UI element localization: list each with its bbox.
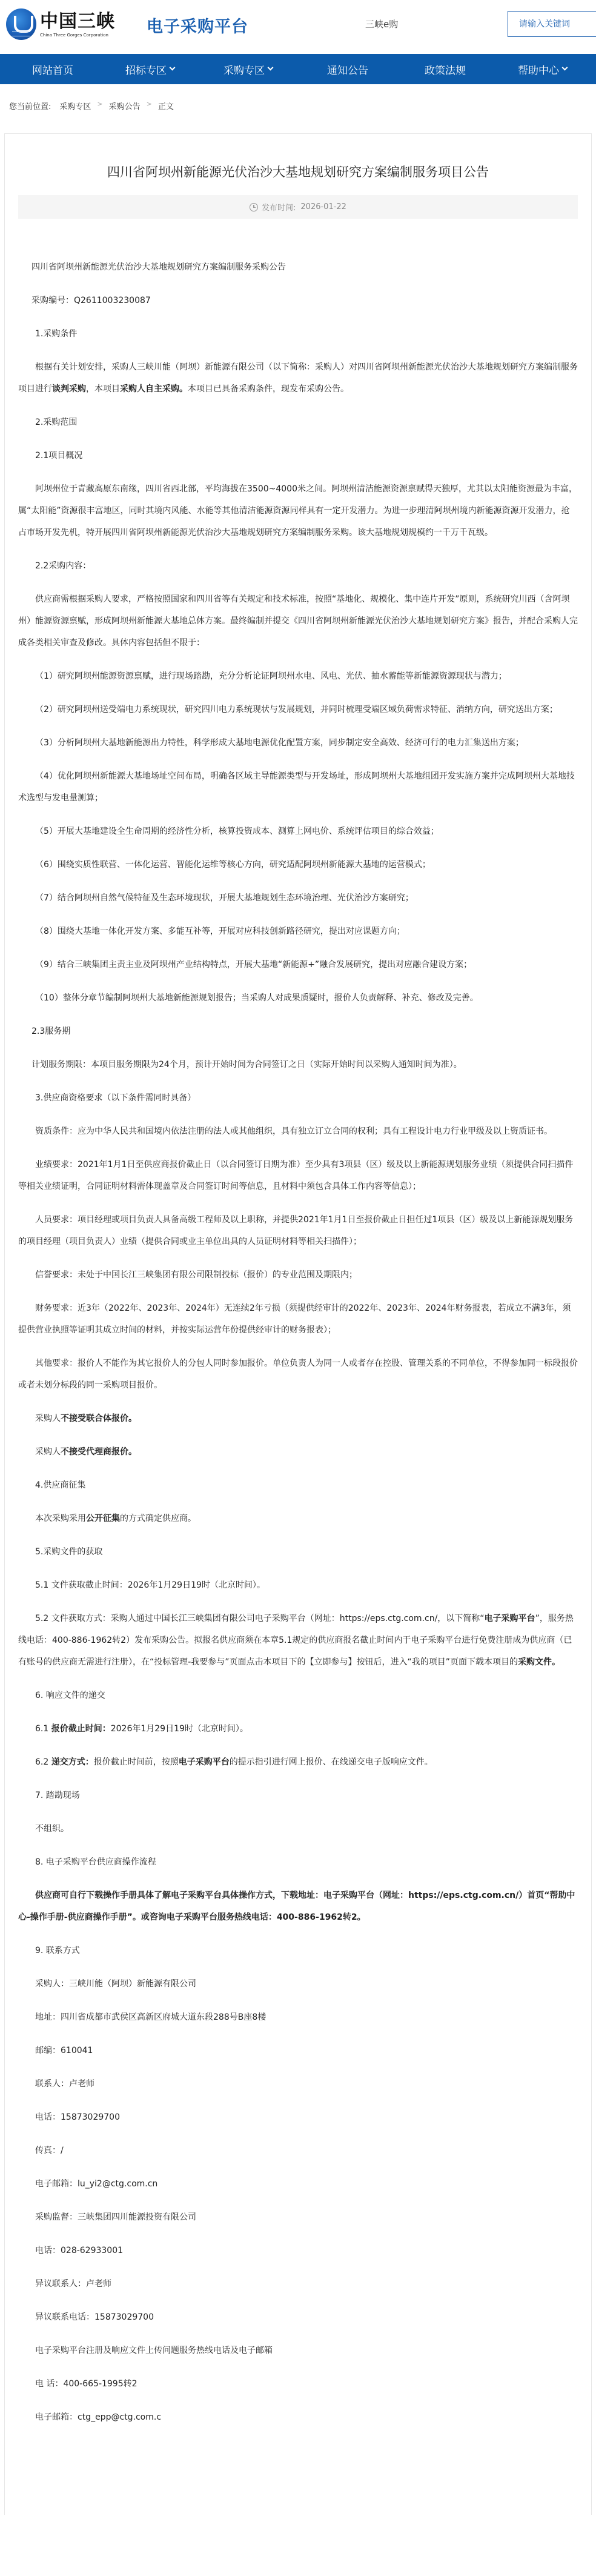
nav-label: 网站首页 [32, 62, 73, 77]
article-container: 四川省阿坝州新能源光伏治沙大基地规划研究方案编制服务项目公告 发布时间: 202… [4, 133, 592, 2515]
supervisor: 采购监督：三峡集团四川能源投资有限公司 [18, 2206, 578, 2228]
paragraph: 供应商需根据采购人要求，严格按照国家和四川省等有关规定和技术标准，按照“基地化、… [18, 588, 578, 654]
paragraph: 6.2 递交方式：报价截止时间前，按照电子采购平台的提示指引进行网上报价、在线递… [18, 1751, 578, 1773]
section-heading: 7. 踏勘现场 [18, 1785, 578, 1806]
breadcrumb-label: 您当前位置: [9, 100, 51, 115]
nav-notices[interactable]: 通知公告 [327, 62, 368, 77]
nav-home[interactable]: 网站首页 [32, 62, 73, 77]
list-item: （3）分析阿坝州大基地新能源出力特性，科学形成大基地电源优化配置方案，同步制定安… [18, 732, 578, 754]
paragraph: 5.1 文件获取截止时间：2026年1月29日19时（北京时间）。 [18, 1574, 578, 1596]
paragraph: 供应商可自行下载操作手册具体了解电子采购平台具体操作方式，下载地址：电子采购平台… [18, 1885, 578, 1928]
paragraph: 5.2 文件获取方式：采购人通过中国长江三峡集团有限公司电子采购平台（网址：ht… [18, 1608, 578, 1673]
search-input[interactable] [508, 11, 596, 37]
section-heading: 2.1项目概况 [18, 445, 578, 467]
contact-phone: 电话：15873029700 [18, 2106, 578, 2128]
list-item: （10）整体分章节编制阿坝州大基地新能源规划报告；当采购人对成果质疑时，报价人负… [18, 987, 578, 1009]
clock-icon [250, 203, 258, 211]
paragraph: 计划服务期限：本项目服务期限为24个月，预计开始时间为合同签订之日（实际开始时间… [18, 1054, 578, 1076]
paragraph: 采购人不接受代理商报价。 [18, 1441, 578, 1463]
paragraph: 不组织。 [18, 1818, 578, 1840]
section-heading: 2.2采购内容： [18, 555, 578, 577]
logo-chinese-name: 中国三峡 [40, 12, 115, 32]
paragraph: 根据有关计划安排，采购人三峡川能（阿坝）新能源有限公司（以下简称：采购人）对四川… [18, 356, 578, 400]
section-heading: 6. 响应文件的递交 [18, 1685, 578, 1706]
procurement-number: 采购编号：Q2611003230087 [18, 290, 578, 311]
section-heading: 9. 联系方式 [18, 1940, 578, 1962]
contact-fax: 传真：/ [18, 2140, 578, 2162]
list-item: （4）优化阿坝州新能源大基地场址空间布局，明确各区域主导能源类型与开发场址，形成… [18, 765, 578, 809]
paragraph: 四川省阿坝州新能源光伏治沙大基地规划研究方案编制服务采购公告 [18, 256, 578, 278]
list-item: （2）研究阿坝州送受端电力系统现状，研究四川电力系统现状与发展规划，并同时梳理受… [18, 699, 578, 721]
platform-name: 电子采购平台 [147, 13, 248, 37]
section-heading: 2.3服务期 [18, 1020, 578, 1042]
supervisor-phone: 电话：028-62933001 [18, 2240, 578, 2261]
chevron-down-icon [562, 65, 568, 71]
objection-phone: 异议联系电话：15873029700 [18, 2306, 578, 2328]
paragraph: 采购人不接受联合体报价。 [18, 1408, 578, 1429]
breadcrumb-purchase-notices[interactable]: 采购公告 [109, 100, 141, 115]
paragraph: 信誉要求：未处于中国长江三峡集团有限公司限制投标（报价）的专业范围及期限内； [18, 1264, 578, 1286]
list-item: （5）开展大基地建设全生命周期的经济性分析，核算投资成本、测算上网电价、系统评估… [18, 820, 578, 842]
nav-label: 通知公告 [327, 62, 368, 77]
publish-info-bar: 发布时间: 2026-01-22 [18, 195, 578, 219]
objection-contact: 异议联系人：卢老师 [18, 2273, 578, 2295]
contact-email: 电子邮箱：lu_yi2@ctg.com.cn [18, 2173, 578, 2195]
paragraph: 财务要求：近3年（2022年、2023年、2024年）无连续2年亏损（须提供经审… [18, 1297, 578, 1341]
breadcrumb: 您当前位置: 采购专区 > 采购公告 > 正文 [0, 84, 596, 115]
publish-label: 发布时间: [262, 201, 296, 213]
ctg-emblem-icon [6, 8, 36, 40]
paragraph: 业绩要求：2021年1月1日至供应商报价截止日（以合同签订日期为准）至少具有3项… [18, 1154, 578, 1197]
section-heading: 3.供应商资格要求（以下条件需同时具备） [18, 1087, 578, 1109]
paragraph: 资质条件：应为中华人民共和国境内依法注册的法人或其他组织，具有独立订立合同的权利… [18, 1120, 578, 1142]
article-title: 四川省阿坝州新能源光伏治沙大基地规划研究方案编制服务项目公告 [18, 162, 578, 182]
section-heading: 1.采购条件 [18, 323, 578, 345]
paragraph: 人员要求：项目经理或项目负责人具备高级工程师及以上职称，并提供2021年1月1日… [18, 1209, 578, 1253]
nav-purchase-zone[interactable]: 采购专区 [223, 62, 273, 77]
e-purchase-link[interactable]: 三峡e购 [365, 18, 398, 30]
paragraph: 6.1 报价截止时间：2026年1月29日19时（北京时间）。 [18, 1718, 578, 1740]
contact-purchaser: 采购人：三峡川能（阿坝）新能源有限公司 [18, 1973, 578, 1995]
contact-address: 地址：四川省成都市武侯区高新区府城大道东段288号B座8楼 [18, 2006, 578, 2028]
nav-help-center[interactable]: 帮助中心 [518, 62, 567, 77]
nav-policies[interactable]: 政策法规 [425, 62, 466, 77]
breadcrumb-purchase-zone[interactable]: 采购专区 [59, 100, 91, 115]
chevron-down-icon [170, 65, 176, 71]
list-item: （6）围绕实质性联营、一体化运营、智能化运维等核心方向，研究适配阿坝州新能源大基… [18, 854, 578, 876]
chevron-down-icon [268, 65, 274, 71]
platform-support-phone: 电 话：400-665-1995转2 [18, 2373, 578, 2395]
section-heading: 8. 电子采购平台供应商操作流程 [18, 1851, 578, 1873]
breadcrumb-separator: > [147, 100, 152, 115]
breadcrumb-separator: > [97, 100, 102, 115]
section-heading: 4.供应商征集 [18, 1474, 578, 1496]
list-item: （1）研究阿坝州能源资源禀赋，进行现场踏勘，充分分析论证阿坝州水电、风电、光伏、… [18, 665, 578, 687]
list-item: （7）结合阿坝州自然气候特征及生态环境现状，开展大基地规划生态环境治理、光伏治沙… [18, 887, 578, 909]
list-item: （8）围绕大基地一体化开发方案、多能互补等，开展对应科技创新路径研究，提出对应课… [18, 920, 578, 942]
nav-label: 招标专区 [125, 62, 167, 77]
main-nav: 网站首页 招标专区 采购专区 通知公告 政策法规 帮助中心 [0, 54, 596, 84]
nav-label: 帮助中心 [518, 62, 559, 77]
platform-support-heading: 电子采购平台注册及响应文件上传问题服务热线电话及电子邮箱 [18, 2340, 578, 2361]
publish-date: 2026-01-22 [300, 202, 346, 211]
site-header: 中国三峡 China Three Gorges Corporation 电子采购… [0, 0, 596, 54]
article-body: 四川省阿坝州新能源光伏治沙大基地规划研究方案编制服务采购公告 采购编号：Q261… [18, 256, 578, 2428]
section-heading: 2.采购范围 [18, 411, 578, 433]
section-heading: 5.采购文件的获取 [18, 1541, 578, 1563]
breadcrumb-current: 正文 [158, 100, 174, 115]
contact-postcode: 邮编：610041 [18, 2040, 578, 2062]
logo-english-name: China Three Gorges Corporation [40, 33, 115, 38]
nav-tender-zone[interactable]: 招标专区 [125, 62, 174, 77]
nav-label: 政策法规 [425, 62, 466, 77]
paragraph: 其他要求：报价人不能作为其它报价人的分包人同时参加报价。单位负责人为同一人或者存… [18, 1353, 578, 1396]
logo-text: 中国三峡 China Three Gorges Corporation [40, 12, 115, 38]
contact-person: 联系人：卢老师 [18, 2073, 578, 2095]
ctg-logo[interactable]: 中国三峡 China Three Gorges Corporation [6, 8, 115, 40]
platform-support-email: 电子邮箱：ctg_epp@ctg.com.c [18, 2406, 578, 2428]
paragraph: 阿坝州位于青藏高原东南缘，四川省西北部，平均海拔在3500~4000米之间。阿坝… [18, 478, 578, 544]
nav-label: 采购专区 [223, 62, 265, 77]
paragraph: 本次采购采用公开征集的方式确定供应商。 [18, 1508, 578, 1529]
list-item: （9）结合三峡集团主责主业及阿坝州产业结构特点，开展大基地“新能源+”融合发展研… [18, 954, 578, 976]
